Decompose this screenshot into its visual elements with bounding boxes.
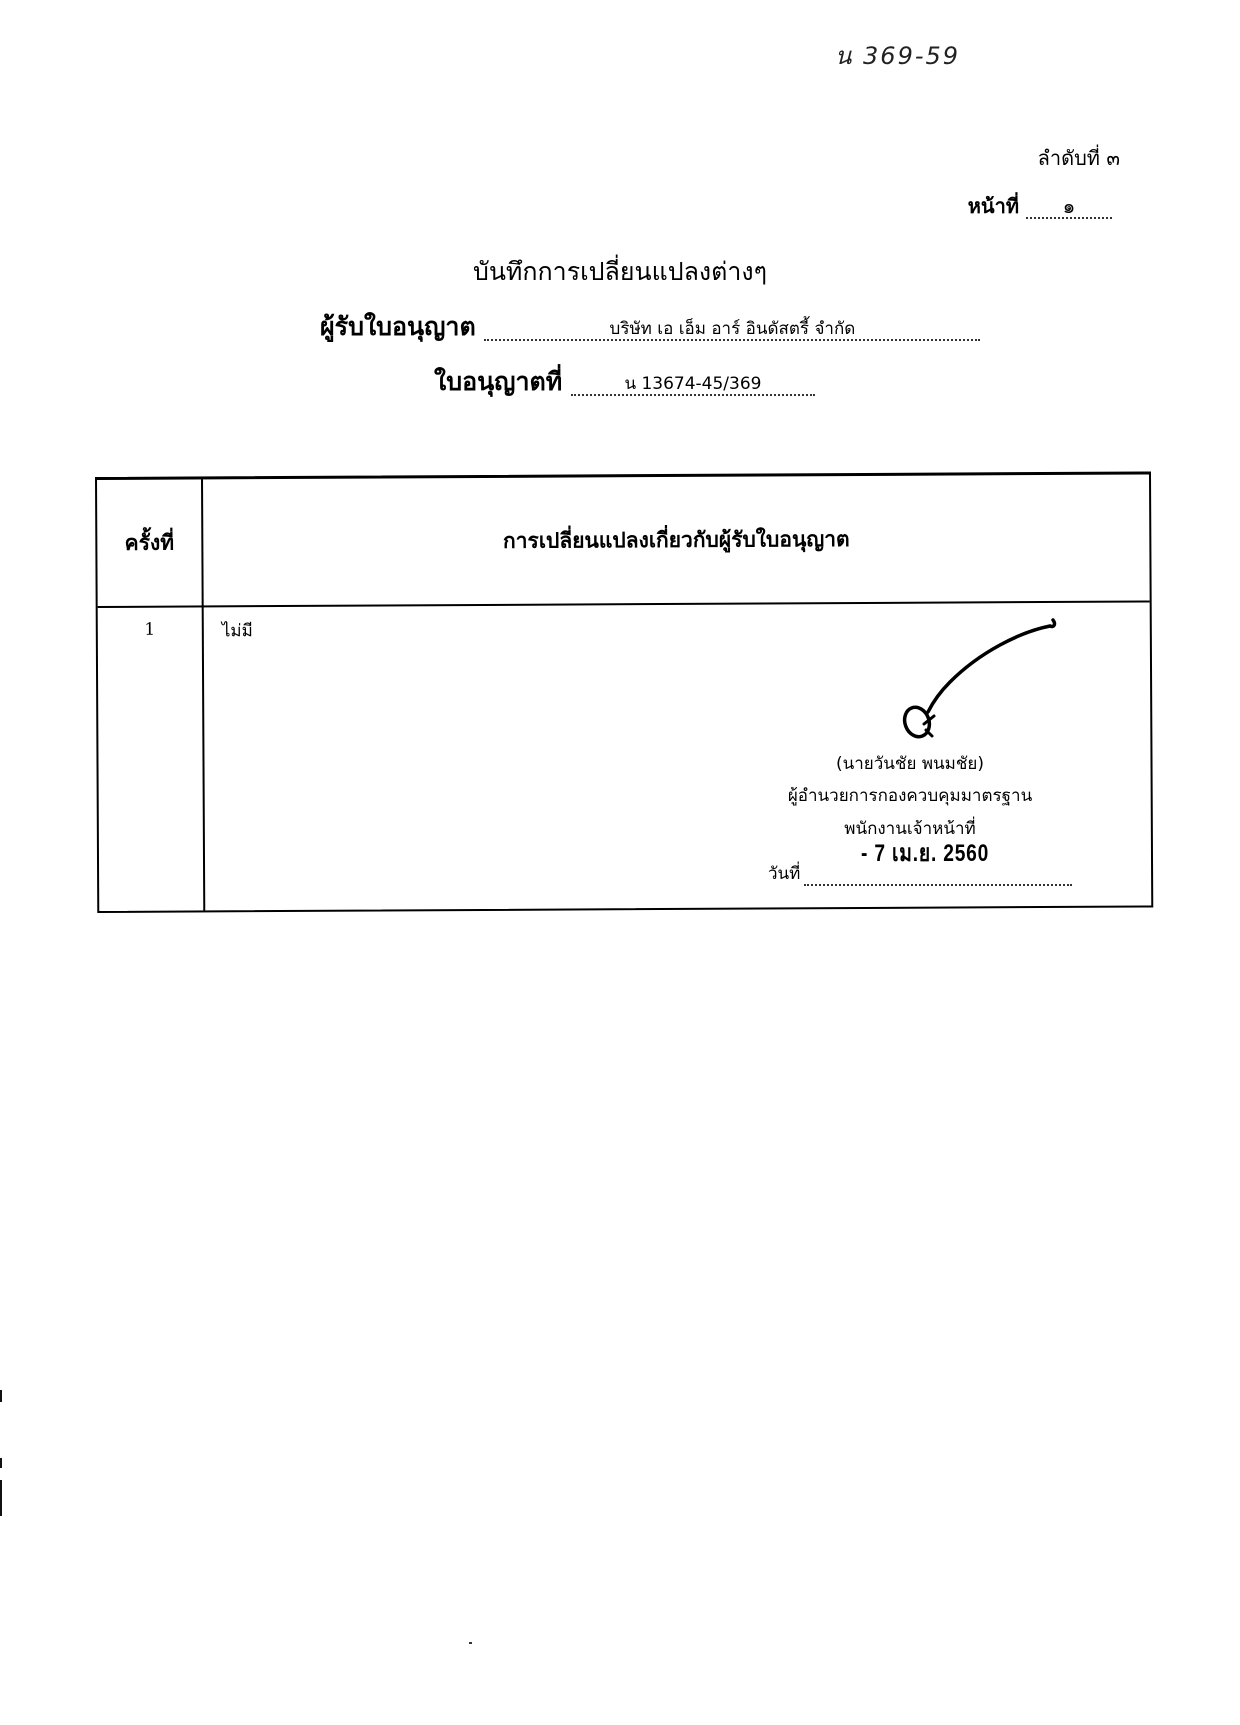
table-header-row: ครั้งที่ การเปลี่ยนแปลงเกี่ยวกับผู้รับใบ…	[97, 474, 1150, 608]
licensee-field: ผู้รับใบอนุญาต บริษัท เอ เอ็ม อาร์ อินดั…	[320, 307, 980, 347]
page-label: หน้าที่	[968, 194, 1019, 218]
page-value: ๑	[1026, 195, 1112, 219]
date-dotted-line	[804, 864, 1072, 886]
handwritten-reference-note: น 369-59	[835, 36, 960, 75]
signature-block: (นายวันชัย พนมชัย) ผู้อำนวยการกองควบคุมม…	[760, 748, 1060, 845]
row-change-cell: ไม่มี	[222, 617, 253, 644]
licensee-value: บริษัท เอ เอ็ม อาร์ อินดัสตรี้ จำกัด	[484, 320, 980, 341]
order-number: ลำดับที่ ๓	[1038, 142, 1120, 174]
handwritten-signature-icon	[870, 612, 1070, 742]
order-value: ๓	[1106, 146, 1120, 170]
license-number-value: น 13674-45/369	[571, 375, 815, 396]
license-number-field: ใบอนุญาตที่ น 13674-45/369	[434, 362, 815, 402]
document-title: บันทึกการเปลี่ยนแปลงต่างๆ	[0, 252, 1240, 292]
page-number: หน้าที่ ๑	[968, 190, 1112, 222]
order-label: ลำดับที่	[1038, 146, 1100, 170]
license-number-label: ใบอนุญาตที่	[434, 367, 562, 396]
scan-edge-mark	[0, 1480, 2, 1516]
licensee-label: ผู้รับใบอนุญาต	[320, 312, 476, 341]
signatory-name: (นายวันชัย พนมชัย)	[760, 748, 1060, 780]
column-header-changes: การเปลี่ยนแปลงเกี่ยวกับผู้รับใบอนุญาต	[203, 474, 1150, 605]
date-label: วันที่	[768, 864, 800, 884]
scan-edge-mark	[0, 1458, 2, 1468]
column-header-number: ครั้งที่	[97, 479, 202, 606]
scan-edge-mark	[0, 1390, 2, 1402]
row-number-cell: 1	[98, 619, 202, 640]
date-field: วันที่	[768, 860, 1072, 887]
scan-speck	[469, 1642, 472, 1644]
signatory-position: ผู้อำนวยการกองควบคุมมาตรฐาน	[760, 780, 1060, 812]
